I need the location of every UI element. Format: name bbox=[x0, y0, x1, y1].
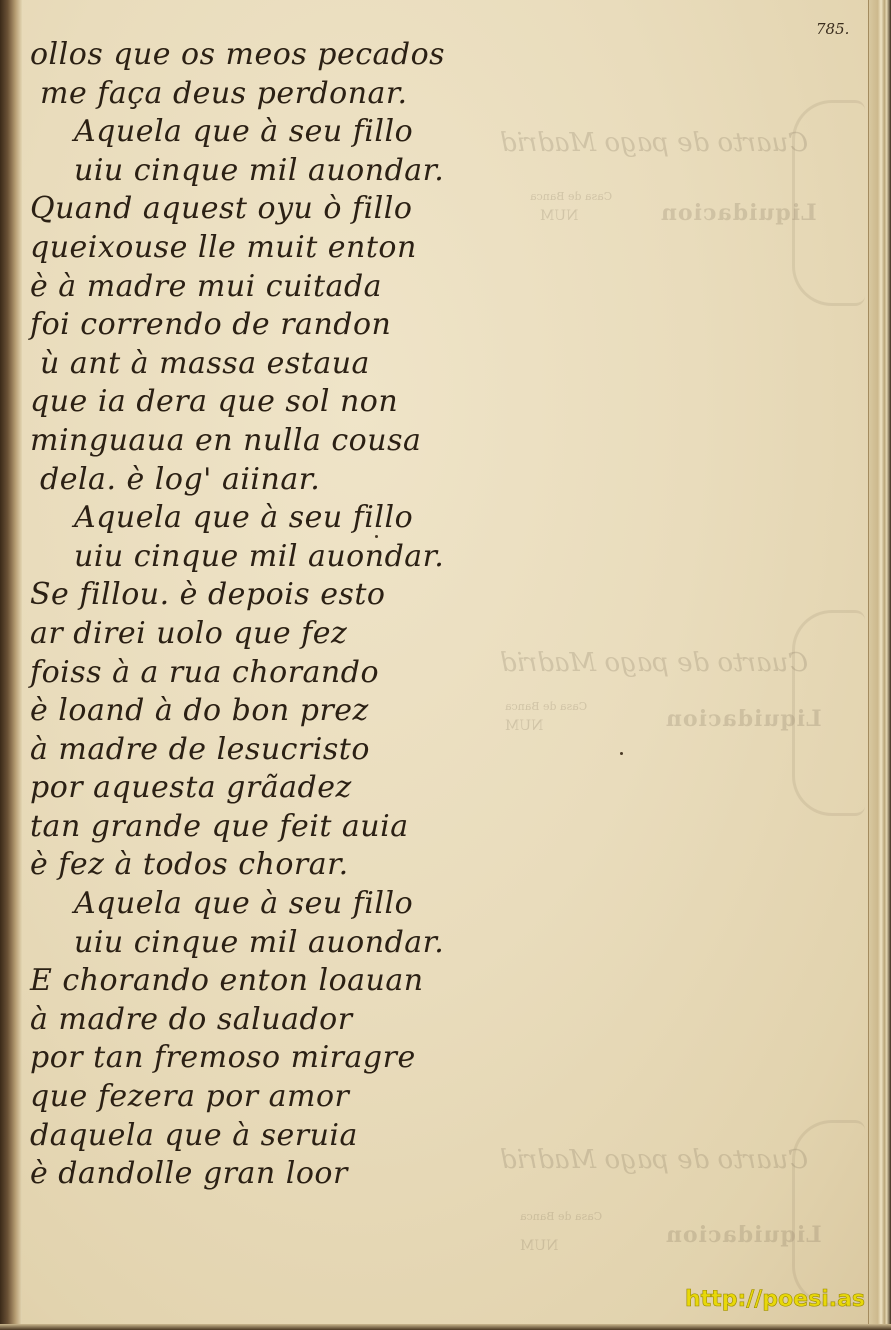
verse-line: foi correndo de randon bbox=[30, 306, 590, 345]
verse-line: tan grande que feit auia bbox=[30, 808, 590, 847]
bleed-through-text: NUM bbox=[520, 1238, 558, 1254]
refrain-line: Aquela que à seu fillo bbox=[30, 885, 590, 924]
folio-number: 785. bbox=[816, 20, 849, 38]
refrain-line: uiu cinque mil auondar. bbox=[30, 924, 590, 963]
verse-line: que fezera por amor bbox=[30, 1078, 590, 1117]
verse-line: è à madre mui cuitada bbox=[30, 268, 590, 307]
manuscript-text: ollos que os meos pecados me faça deus p… bbox=[30, 36, 590, 1194]
verse-line: daquela que à seruia bbox=[30, 1117, 590, 1156]
verse-line: que ia dera que sol non bbox=[30, 383, 590, 422]
verse-line: è fez à todos chorar. bbox=[30, 846, 590, 885]
bleed-through-ornament bbox=[792, 610, 865, 816]
verse-line: por aquesta grãadez bbox=[30, 769, 590, 808]
watermark-link[interactable]: http://poesi.as bbox=[685, 1287, 865, 1312]
verse-line: à madre do saluador bbox=[30, 1001, 590, 1040]
verse-line: Se fillou. è depois esto bbox=[30, 576, 590, 615]
verse-line: ollos que os meos pecados bbox=[30, 36, 590, 75]
verse-line: à madre de lesucristo bbox=[30, 731, 590, 770]
verse-line: me faça deus perdonar. bbox=[30, 75, 590, 114]
verse-line: dela. è log' aiinar. bbox=[30, 461, 590, 500]
page-fore-edge bbox=[868, 0, 891, 1330]
verse-line: ù ant à massa estaua bbox=[30, 345, 590, 384]
verse-line: è dandolle gran loor bbox=[30, 1155, 590, 1194]
bleed-through-text: Casa de Banca bbox=[520, 1210, 602, 1223]
refrain-line: uiu cinque mil auondar. bbox=[30, 538, 590, 577]
ink-speck bbox=[620, 752, 623, 755]
verse-line: Quand aquest oyu ò fillo bbox=[30, 190, 590, 229]
verse-line: foiss à a rua chorando bbox=[30, 654, 590, 693]
bleed-through-ornament bbox=[792, 100, 865, 306]
refrain-line: Aquela que à seu fillo bbox=[30, 499, 590, 538]
verse-line: è loand à do bon prez bbox=[30, 692, 590, 731]
ink-speck bbox=[375, 535, 378, 538]
refrain-line: Aquela que à seu fillo bbox=[30, 113, 590, 152]
verse-line: queixouse lle muit enton bbox=[30, 229, 590, 268]
page-bottom-edge bbox=[0, 1324, 891, 1330]
bleed-through-ornament bbox=[792, 1120, 865, 1306]
verse-line: minguaua en nulla cousa bbox=[30, 422, 590, 461]
verse-line: ar direi uolo que fez bbox=[30, 615, 590, 654]
refrain-line: uiu cinque mil auondar. bbox=[30, 152, 590, 191]
manuscript-page: Cuarto de pago Madrid Liquidacion Casa d… bbox=[0, 0, 891, 1330]
verse-line: E chorando enton loauan bbox=[30, 962, 590, 1001]
verse-line: por tan fremoso miragre bbox=[30, 1039, 590, 1078]
book-gutter bbox=[0, 0, 22, 1330]
